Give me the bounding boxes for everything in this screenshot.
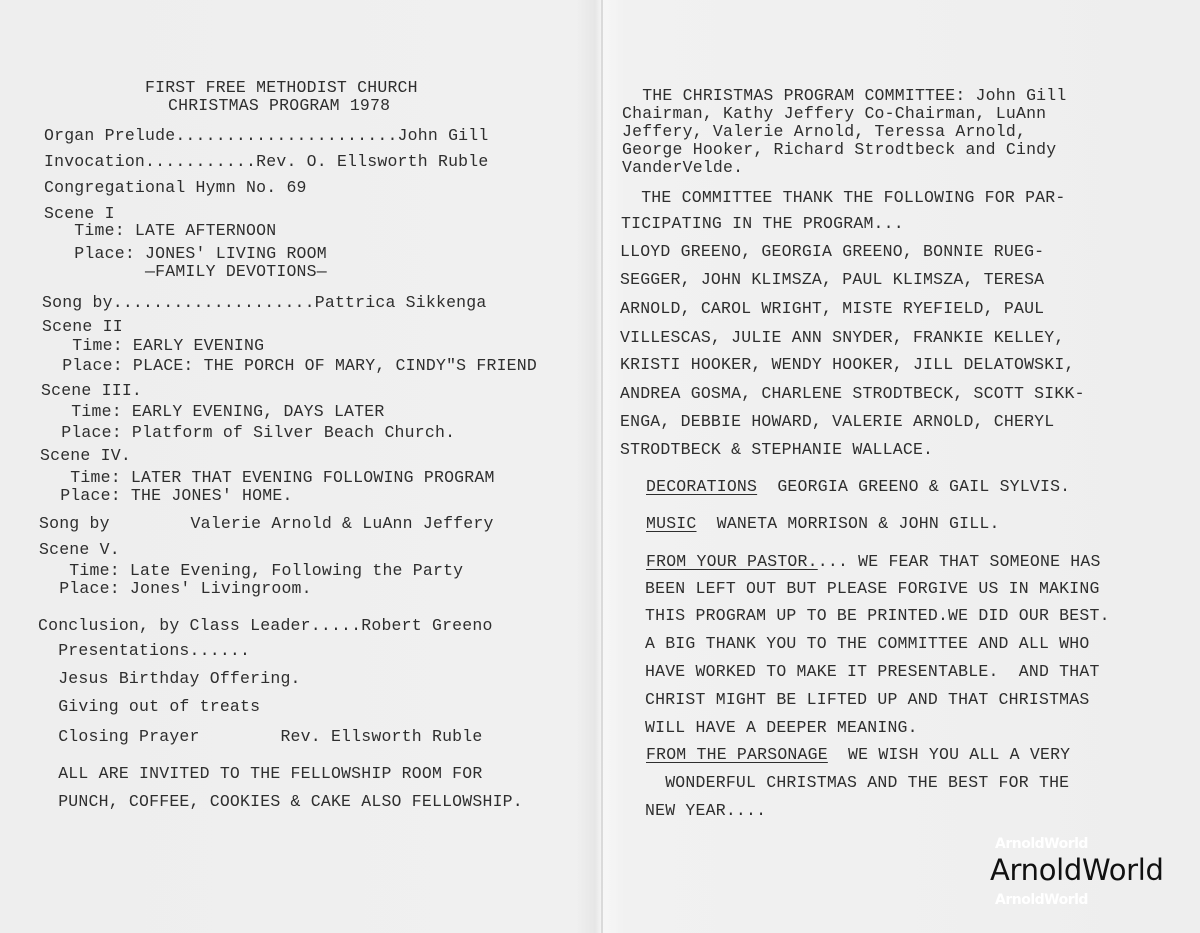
thanks-line: THE COMMITTEE THANK THE FOLLOWING FOR PA… xyxy=(621,189,1065,207)
pastor-note-label: FROM YOUR PASTOR. xyxy=(646,552,818,571)
program-line: Place: Jones' Livingroom. xyxy=(39,580,312,598)
thanks-line: ENGA, DEBBIE HOWARD, VALERIE ARNOLD, CHE… xyxy=(620,413,1054,431)
committee-line: VanderVelde. xyxy=(622,159,743,177)
parsonage-line: WONDERFUL CHRISTMAS AND THE BEST FOR THE xyxy=(645,774,1069,792)
left-page: FIRST FREE METHODIST CHURCHCHRISTMAS PRO… xyxy=(0,0,600,933)
program-title: CHRISTMAS PROGRAM 1978 xyxy=(168,97,390,115)
parsonage-line: NEW YEAR.... xyxy=(645,802,766,820)
program-line: Scene V. xyxy=(39,541,120,559)
parsonage-note-text: WE WISH YOU ALL A VERY xyxy=(828,745,1070,764)
program-line: Song by....................Pattrica Sikk… xyxy=(42,294,486,312)
parsonage-note: FROM THE PARSONAGE WE WISH YOU ALL A VER… xyxy=(646,746,1070,764)
pastor-line: THIS PROGRAM UP TO BE PRINTED.WE DID OUR… xyxy=(645,607,1110,625)
committee-line: Chairman, Kathy Jeffery Co-Chairman, LuA… xyxy=(622,105,1046,123)
thanks-line: SEGGER, JOHN KLIMSZA, PAUL KLIMSZA, TERE… xyxy=(620,271,1044,289)
watermark-small-bottom: ArnoldWorld xyxy=(995,892,1088,908)
program-line: Organ Prelude......................John … xyxy=(44,127,488,145)
program-line: Conclusion, by Class Leader.....Robert G… xyxy=(38,617,493,635)
music: MUSIC WANETA MORRISON & JOHN GILL. xyxy=(646,515,1000,533)
music-text: WANETA MORRISON & JOHN GILL. xyxy=(697,514,1000,533)
program-line: Time: LATER THAT EVENING FOLLOWING PROGR… xyxy=(40,469,495,487)
program-line: Time: Late Evening, Following the Party xyxy=(39,562,463,580)
pastor-line: A BIG THANK YOU TO THE COMMITTEE AND ALL… xyxy=(645,635,1089,653)
music-label: MUSIC xyxy=(646,514,697,533)
program-line: Congregational Hymn No. 69 xyxy=(44,179,307,197)
pastor-line: CHRIST MIGHT BE LIFTED UP AND THAT CHRIS… xyxy=(645,691,1089,709)
parsonage-note-label: FROM THE PARSONAGE xyxy=(646,745,828,764)
decorations-text: GEORGIA GREENO & GAIL SYLVIS. xyxy=(757,477,1070,496)
thanks-line: LLOYD GREENO, GEORGIA GREENO, BONNIE RUE… xyxy=(620,243,1044,261)
pastor-line: BEEN LEFT OUT BUT PLEASE FORGIVE US IN M… xyxy=(645,580,1100,598)
program-line: Scene III. xyxy=(41,382,142,400)
right-page: THE CHRISTMAS PROGRAM COMMITTEE: John Gi… xyxy=(602,0,1200,933)
thanks-line: ANDREA GOSMA, CHARLENE STRODTBECK, SCOTT… xyxy=(620,385,1085,403)
pastor-note-text: ... WE FEAR THAT SOMEONE HAS xyxy=(818,552,1101,571)
pastor-line: HAVE WORKED TO MAKE IT PRESENTABLE. AND … xyxy=(645,663,1100,681)
program-line: Place: THE JONES' HOME. xyxy=(40,487,293,505)
program-line: PUNCH, COFFEE, COOKIES & CAKE ALSO FELLO… xyxy=(38,793,523,811)
thanks-line: STRODTBECK & STEPHANIE WALLACE. xyxy=(620,441,933,459)
program-line: Giving out of treats xyxy=(38,698,260,716)
program-line: Scene IV. xyxy=(40,447,131,465)
watermark-main: ArnoldWorld xyxy=(990,853,1164,887)
pastor-line: WILL HAVE A DEEPER MEANING. xyxy=(645,719,918,737)
pastor-note: FROM YOUR PASTOR.... WE FEAR THAT SOMEON… xyxy=(646,553,1101,571)
program-line: Scene II xyxy=(42,318,123,336)
committee-line: Jeffery, Valerie Arnold, Teressa Arnold, xyxy=(622,123,1026,141)
watermark-small-top: ArnoldWorld xyxy=(995,836,1088,852)
decorations-label: DECORATIONS xyxy=(646,477,757,496)
program-line: —FAMILY DEVOTIONS— xyxy=(44,263,327,281)
program-line: Time: LATE AFTERNOON xyxy=(44,222,276,240)
program-line: Time: EARLY EVENING, DAYS LATER xyxy=(41,403,384,421)
thanks-line: TICIPATING IN THE PROGRAM... xyxy=(621,215,904,233)
program-line: Presentations...... xyxy=(38,642,250,660)
church-name: FIRST FREE METHODIST CHURCH xyxy=(145,79,418,97)
program-line: Jesus Birthday Offering. xyxy=(38,670,301,688)
program-line: Invocation...........Rev. O. Ellsworth R… xyxy=(44,153,488,171)
program-line: Closing Prayer Rev. Ellsworth Ruble xyxy=(38,728,482,746)
program-line: Song by Valerie Arnold & LuAnn Jeffery xyxy=(39,515,494,533)
committee-line: George Hooker, Richard Strodtbeck and Ci… xyxy=(622,141,1056,159)
thanks-line: KRISTI HOOKER, WENDY HOOKER, JILL DELATO… xyxy=(620,356,1075,374)
committee-line: THE CHRISTMAS PROGRAM COMMITTEE: John Gi… xyxy=(622,87,1066,105)
program-line: ALL ARE INVITED TO THE FELLOWSHIP ROOM F… xyxy=(38,765,482,783)
thanks-line: VILLESCAS, JULIE ANN SNYDER, FRANKIE KEL… xyxy=(620,329,1064,347)
decorations: DECORATIONS GEORGIA GREENO & GAIL SYLVIS… xyxy=(646,478,1070,496)
program-line: Time: EARLY EVENING xyxy=(42,337,264,355)
program-line: Place: JONES' LIVING ROOM xyxy=(44,245,327,263)
thanks-line: ARNOLD, CAROL WRIGHT, MISTE RYEFIELD, PA… xyxy=(620,300,1044,318)
program-line: Place: Platform of Silver Beach Church. xyxy=(41,424,455,442)
program-line: Place: PLACE: THE PORCH OF MARY, CINDY"S… xyxy=(42,357,537,375)
